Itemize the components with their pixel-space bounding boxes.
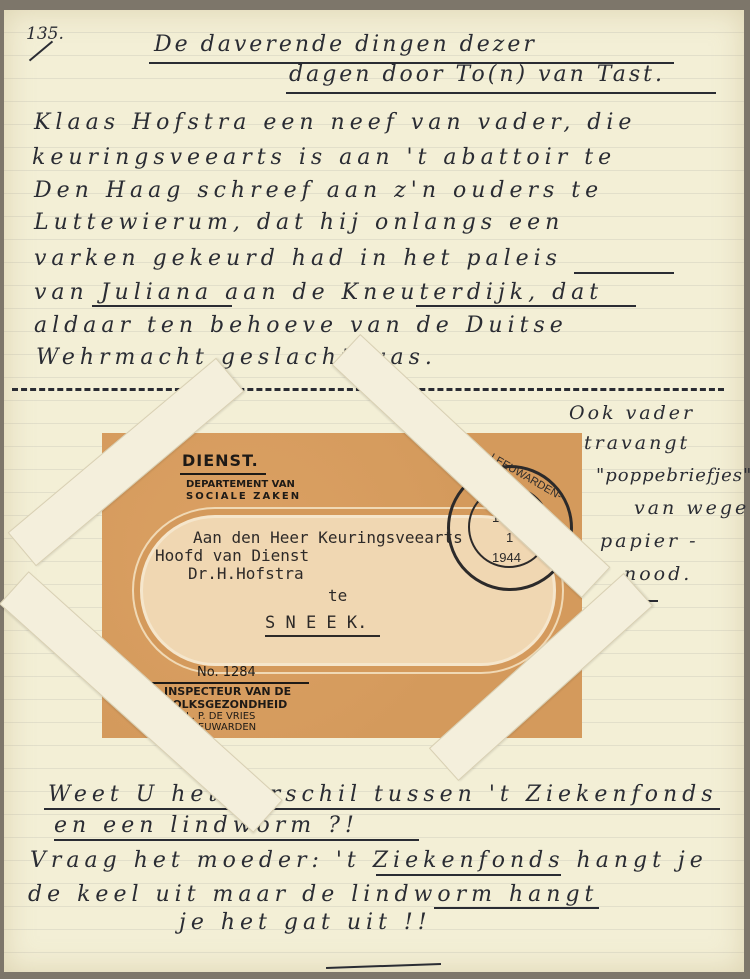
address-city: S N E E K. [265, 613, 367, 633]
sender-line-1: INSPECTEUR VAN DE [164, 685, 291, 698]
address-line: Aan den Heer Keuringsveearts [193, 528, 463, 547]
underline-kneuterdijk [416, 305, 636, 307]
side-note-line: Ook vader [569, 402, 695, 424]
joke-line: Weet U het verschil tussen 't Ziekenfond… [48, 782, 718, 807]
department-line-1: DEPARTEMENT VAN [186, 479, 295, 490]
story-line: Luttewierum, dat hij onlangs een [34, 210, 564, 235]
sender-name: L. P. DE VRIES [186, 711, 255, 722]
story-line: Klaas Hofstra een neef van vader, die [34, 110, 636, 135]
title-line-1: De daverende dingen dezer [154, 32, 537, 57]
envelope-number: No. 1284 [197, 665, 256, 680]
postmark-year: 1944 [492, 550, 521, 565]
joke-line: je het gat uit !! [179, 910, 432, 935]
side-note-line: nood. [624, 563, 692, 585]
joke-underline-2 [54, 839, 419, 841]
side-note-line: van wege [634, 497, 749, 519]
underline-paleis [574, 272, 674, 274]
side-note-line: "poppebriefjes" [596, 465, 750, 486]
page-number: 135. [26, 24, 64, 44]
title-line-2: dagen door To(n) van Tast. [289, 62, 665, 87]
joke-underline-1 [44, 808, 720, 810]
story-line: Den Haag schreef aan z'n ouders te [34, 178, 603, 203]
underline-juliana [92, 305, 232, 307]
story-line: varken gekeurd had in het paleis [34, 246, 562, 271]
side-note-line: travangt [584, 432, 690, 454]
envelope-header: DIENST. [182, 451, 259, 470]
department-line-2: SOCIALE ZAKEN [186, 491, 301, 502]
side-note-line: papier - [600, 530, 699, 552]
address-line: Dr.H.Hofstra [188, 564, 304, 583]
underline-lindworm [434, 907, 599, 909]
closing-line [326, 963, 441, 969]
underline-ziekenfonds [376, 874, 561, 876]
story-line: van Juliana aan de Kneuterdijk, dat [34, 280, 603, 305]
title-underline-2 [286, 92, 716, 94]
address-line: Hoofd van Dienst [155, 546, 309, 565]
address-line: te [328, 586, 347, 605]
story-line: keuringsveearts is aan 't abattoir te [32, 145, 616, 170]
joke-line: Vraag het moeder: 't Ziekenfonds hangt j… [30, 848, 708, 873]
joke-line: en een lindworm ?! [54, 813, 359, 838]
joke-line: de keel uit maar de lindworm hangt [28, 882, 598, 907]
story-line: aldaar ten behoeve van de Duitse [34, 313, 568, 338]
address-city-underline [265, 635, 380, 637]
envelope-number-underline [144, 682, 309, 684]
envelope-header-underline [180, 473, 266, 475]
